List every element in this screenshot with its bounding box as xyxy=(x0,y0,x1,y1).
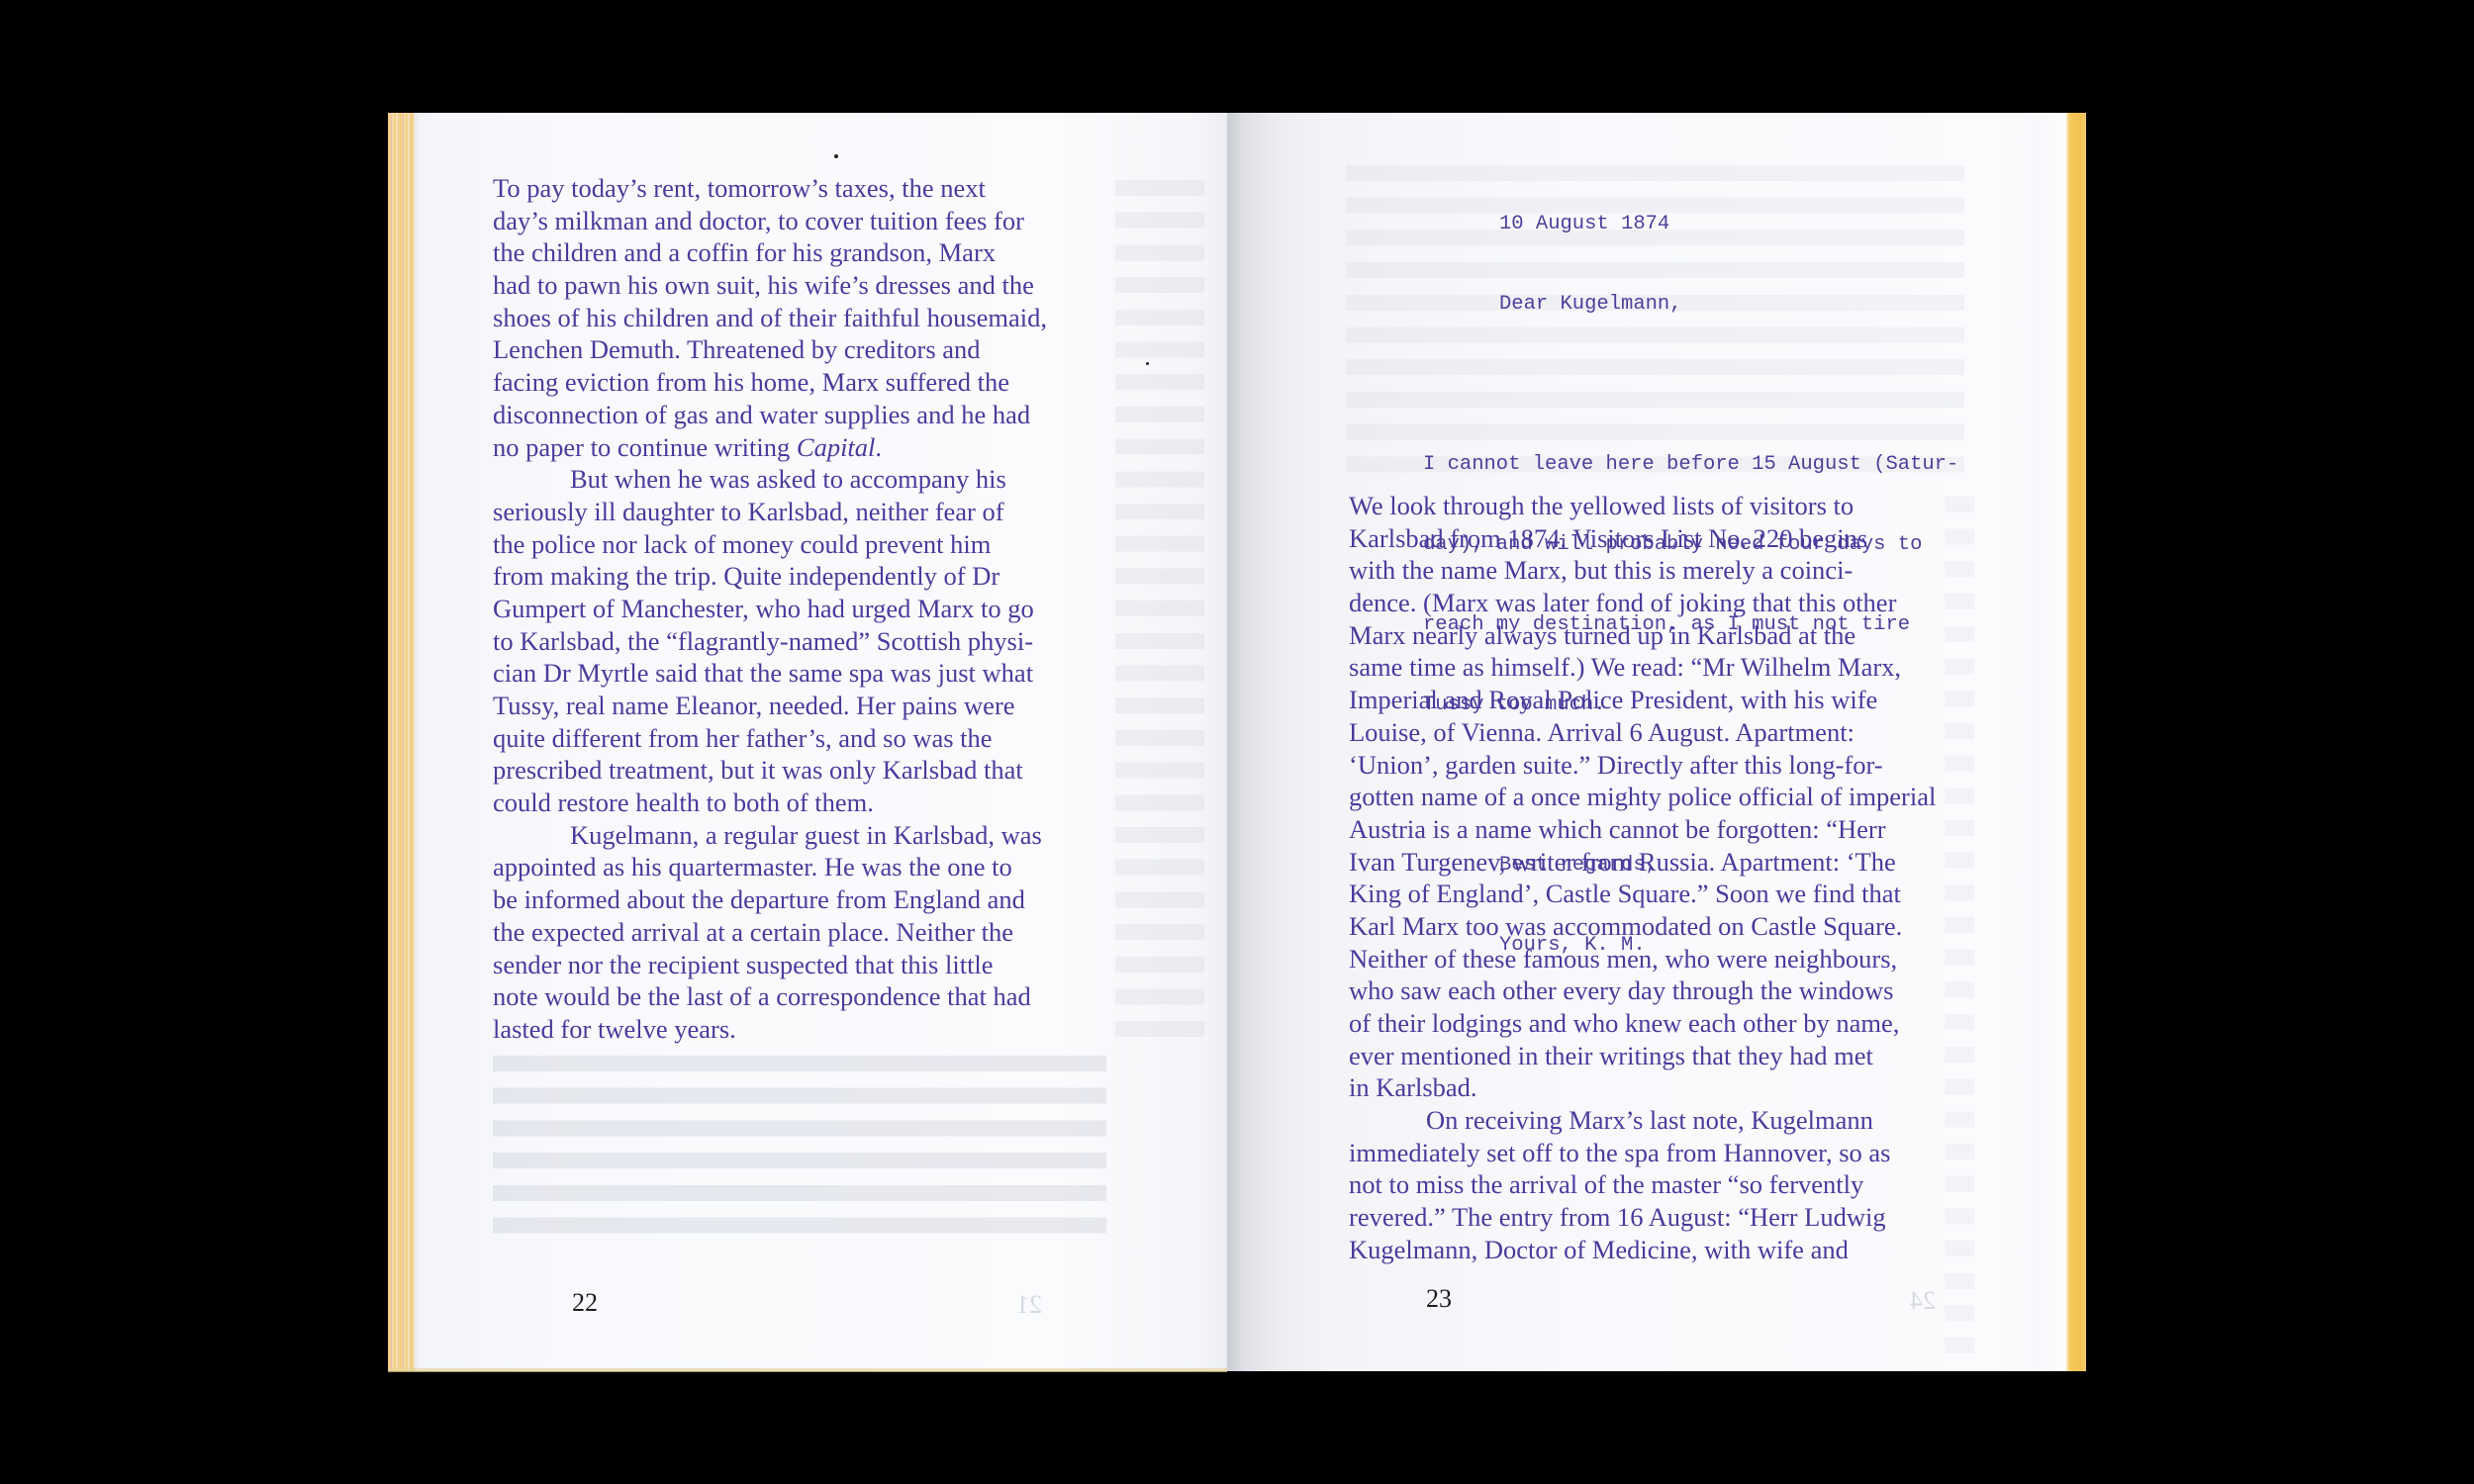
show-through-page-number: 24 xyxy=(1910,1286,1936,1316)
text-line: Gumpert of Manchester, who had urged Mar… xyxy=(493,593,1047,625)
text-line: Kugelmann, a regular guest in Karlsbad, … xyxy=(493,819,1047,852)
letter-line: I cannot leave here before 15 August (Sa… xyxy=(1423,451,1958,478)
text-line: who saw each other every day through the… xyxy=(1349,974,1936,1007)
book-title-italic: Capital xyxy=(797,432,876,462)
text-span: . xyxy=(875,432,882,462)
text-line: of their lodgings and who knew each othe… xyxy=(1349,1007,1936,1040)
text-line: could restore health to both of them. xyxy=(493,787,1047,819)
text-line: from making the trip. Quite independentl… xyxy=(493,560,1047,593)
text-line: disconnection of gas and water supplies … xyxy=(493,399,1047,431)
text-line: Karl Marx too was accommodated on Castle… xyxy=(1349,910,1936,943)
text-line: Kugelmann, Doctor of Medicine, with wife… xyxy=(1349,1234,1936,1266)
text-line: Marx nearly always turned up in Karlsbad… xyxy=(1349,619,1936,652)
text-line: had to pawn his own suit, his wife’s dre… xyxy=(493,269,1047,302)
text-line: be informed about the departure from Eng… xyxy=(493,883,1047,916)
text-line: Lenchen Demuth. Threatened by creditors … xyxy=(493,333,1047,366)
text-line: We look through the yellowed lists of vi… xyxy=(1349,490,1936,522)
text-line: appointed as his quartermaster. He was t… xyxy=(493,851,1047,883)
text-line: quite different from her father’s, and s… xyxy=(493,722,1047,755)
text-line: gotten name of a once mighty police offi… xyxy=(1349,781,1936,813)
text-line: to Karlsbad, the “flagrantly-named” Scot… xyxy=(493,625,1047,658)
text-span: no paper to continue writing xyxy=(493,432,797,462)
text-line: dence. (Marx was later fond of joking th… xyxy=(1349,587,1936,619)
text-line: prescribed treatment, but it was only Ka… xyxy=(493,754,1047,787)
text-line: sender nor the recipient suspected that … xyxy=(493,949,1047,981)
paper-speck xyxy=(834,154,838,158)
text-line: same time as himself.) We read: “Mr Wilh… xyxy=(1349,651,1936,684)
text-line: Ivan Turgenev, writer from Russia. Apart… xyxy=(1349,846,1936,879)
text-line: But when he was asked to accompany his xyxy=(493,463,1047,496)
letter-date: 10 August 1874 xyxy=(1423,211,1958,237)
text-line: To pay today’s rent, tomorrow’s taxes, t… xyxy=(493,172,1047,205)
letter-salutation: Dear Kugelmann, xyxy=(1423,291,1958,318)
text-line: Neither of these famous men, who were ne… xyxy=(1349,943,1936,975)
page-number-left: 22 xyxy=(572,1290,598,1316)
text-line: ever mentioned in their writings that th… xyxy=(1349,1040,1936,1072)
text-line: note would be the last of a corresponden… xyxy=(493,980,1047,1013)
page-edge-bottom xyxy=(388,1368,1227,1372)
text-line: Imperial and Royal Police President, wit… xyxy=(1349,684,1936,716)
text-line: Tussy, real name Eleanor, needed. Her pa… xyxy=(493,690,1047,722)
text-line: revered.” The entry from 16 August: “Her… xyxy=(1349,1201,1936,1234)
text-line: King of England’, Castle Square.” Soon w… xyxy=(1349,878,1936,910)
text-line: Louise, of Vienna. Arrival 6 August. Apa… xyxy=(1349,716,1936,749)
text-line: Austria is a name which cannot be forgot… xyxy=(1349,813,1936,846)
book-spread: To pay today’s rent, tomorrow’s taxes, t… xyxy=(0,0,2474,1484)
show-through-page-number: 21 xyxy=(1016,1290,1042,1320)
show-through-text xyxy=(1115,172,1204,1043)
text-line: facing eviction from his home, Marx suff… xyxy=(493,366,1047,399)
spacer xyxy=(1423,371,1958,398)
right-page-body: We look through the yellowed lists of vi… xyxy=(1349,490,1936,1266)
paper-speck xyxy=(1146,362,1149,365)
text-line: On receiving Marx’s last note, Kugelmann xyxy=(1349,1104,1936,1137)
left-page: To pay today’s rent, tomorrow’s taxes, t… xyxy=(388,113,1227,1371)
text-line: the police nor lack of money could preve… xyxy=(493,528,1047,561)
page-edge-left xyxy=(388,113,414,1371)
page-edge-highlight xyxy=(2039,113,2066,1371)
text-line: cian Dr Myrtle said that the same spa wa… xyxy=(493,657,1047,690)
page-number-right: 23 xyxy=(1426,1286,1452,1312)
page-edge-right xyxy=(2066,113,2086,1371)
text-line: ‘Union’, garden suite.” Directly after t… xyxy=(1349,749,1936,782)
text-line: seriously ill daughter to Karlsbad, neit… xyxy=(493,496,1047,528)
text-line: day’s milkman and doctor, to cover tuiti… xyxy=(493,205,1047,237)
text-line: with the name Marx, but this is merely a… xyxy=(1349,554,1936,587)
text-line: in Karlsbad. xyxy=(1349,1071,1936,1104)
left-page-body: To pay today’s rent, tomorrow’s taxes, t… xyxy=(493,172,1047,1046)
text-line: the children and a coffin for his grands… xyxy=(493,236,1047,269)
show-through-text xyxy=(493,1048,1106,1246)
text-line: immediately set off to the spa from Hann… xyxy=(1349,1137,1936,1169)
text-line: shoes of his children and of their faith… xyxy=(493,302,1047,334)
text-line: no paper to continue writing Capital. xyxy=(493,431,1047,464)
right-page: 10 August 1874 Dear Kugelmann, I cannot … xyxy=(1227,113,2086,1371)
text-line: not to miss the arrival of the master “s… xyxy=(1349,1168,1936,1201)
text-line: Karlsbad from 1874. Visitors List No. 22… xyxy=(1349,522,1936,555)
text-line: the expected arrival at a certain place.… xyxy=(493,916,1047,949)
text-line: lasted for twelve years. xyxy=(493,1013,1047,1046)
